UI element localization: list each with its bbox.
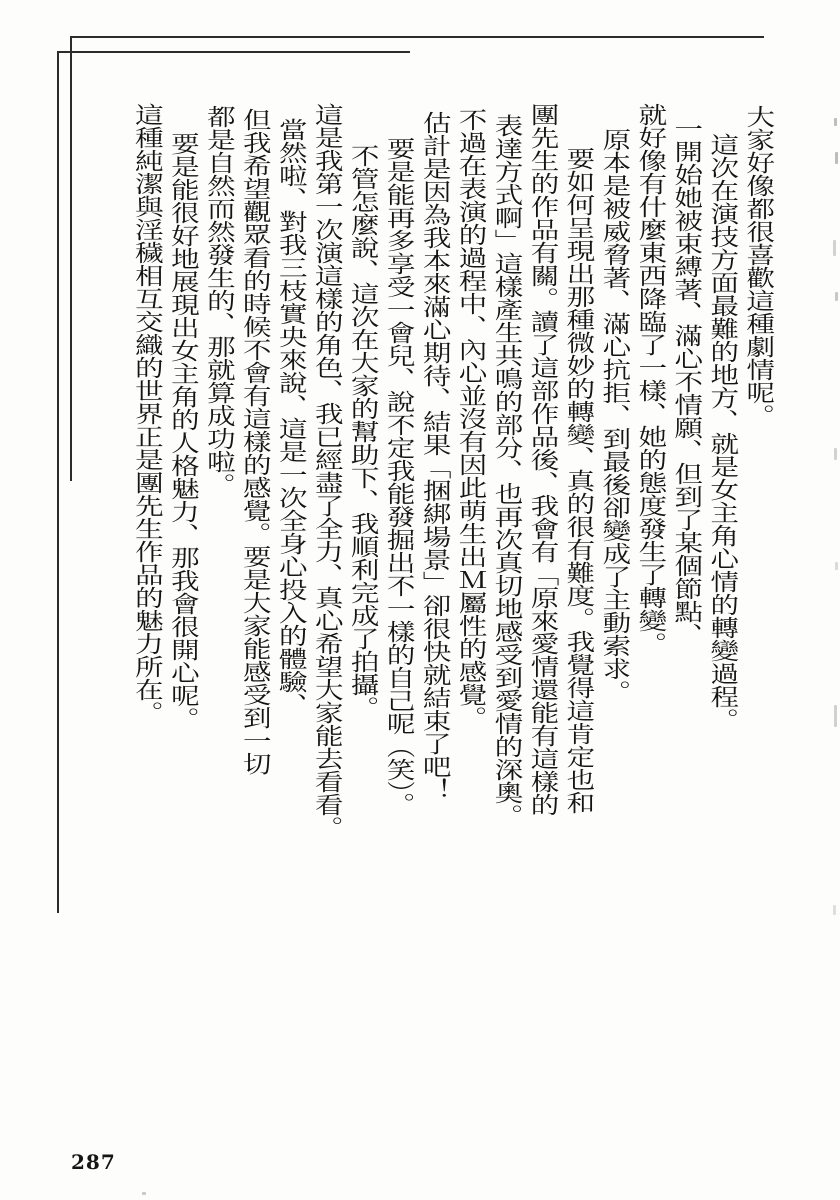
scan-artifact: [833, 905, 836, 915]
scan-artifact: [142, 1192, 146, 1195]
text-column-10: 估計是因為我本來滿心期待、結果「捆綁場景」卻很快就結束了吧！: [415, 103, 451, 863]
text-column-6: 要如何呈現出那種微妙的轉變、真的很有難度。我覺得這肯定也和: [559, 103, 595, 863]
scan-artifact: [834, 118, 837, 126]
scan-artifact: [835, 562, 838, 570]
left-rule-inner: [70, 36, 72, 481]
text-column-4: 就好像有什麼東西降臨了一樣、她的態度發生了轉變。: [631, 103, 667, 863]
page-number: 287: [71, 1150, 116, 1174]
text-column-3: 一開始她被束縛著、滿心不情願、但到了某個節點、: [667, 103, 703, 863]
text-column-7: 團先生的作品有關。讀了這部作品後、我會有「原來愛情還能有這樣的: [523, 103, 559, 863]
text-column-15: 但我希望觀眾看的時候不會有這樣的感覺。要是大家能感受到一切: [236, 103, 272, 863]
text-column-17: 要是能很好地展現出女主角的人格魅力、那我會很開心呢。: [164, 103, 200, 863]
scan-artifact: [835, 292, 838, 301]
left-rule-outer: [57, 51, 59, 913]
text-column-13: 這是我第一次演這樣的角色、我已經盡了全力、真心希望大家能去看看。: [308, 103, 344, 863]
scan-artifact: [835, 152, 838, 164]
scan-artifact: [833, 240, 836, 256]
interview-text-block: 大家好像都很喜歡這種劇情呢。這次在演技方面最難的地方、就是女主角心情的轉變過程。…: [128, 103, 775, 863]
top-rule-inner: [70, 36, 764, 38]
text-column-9: 不過在表演的過程中、內心並沒有因此萌生出Ｍ屬性的感覺。: [451, 103, 487, 863]
text-column-8: 表達方式啊」這樣產生共鳴的部分、也再次真切地感受到愛情的深奧。: [487, 103, 523, 863]
top-rule-outer: [57, 51, 410, 53]
book-page: 大家好像都很喜歡這種劇情呢。這次在演技方面最難的地方、就是女主角心情的轉變過程。…: [0, 0, 840, 1200]
text-column-1: 大家好像都很喜歡這種劇情呢。: [739, 103, 775, 863]
text-column-5: 原本是被威脅著、滿心抗拒、到最後卻變成了主動索求。: [595, 103, 631, 863]
scan-artifact: [834, 448, 837, 460]
text-column-18: 這種純潔與淫穢相互交織的世界正是團先生作品的魅力所在。: [128, 103, 164, 863]
text-column-11: 要是能再多享受一會兒、說不定我能發掘出不一樣的自己呢（笑）。: [379, 103, 415, 863]
scan-artifact: [834, 705, 837, 727]
text-column-14: 當然啦、對我三枝實央來說、這是一次全身心投入的體驗、: [272, 103, 308, 863]
text-column-16: 都是自然而然發生的、那就算成功啦。: [200, 103, 236, 863]
text-column-12: 不管怎麼說、這次在大家的幫助下、我順利完成了拍攝。: [343, 103, 379, 863]
text-column-2: 這次在演技方面最難的地方、就是女主角心情的轉變過程。: [703, 103, 739, 863]
